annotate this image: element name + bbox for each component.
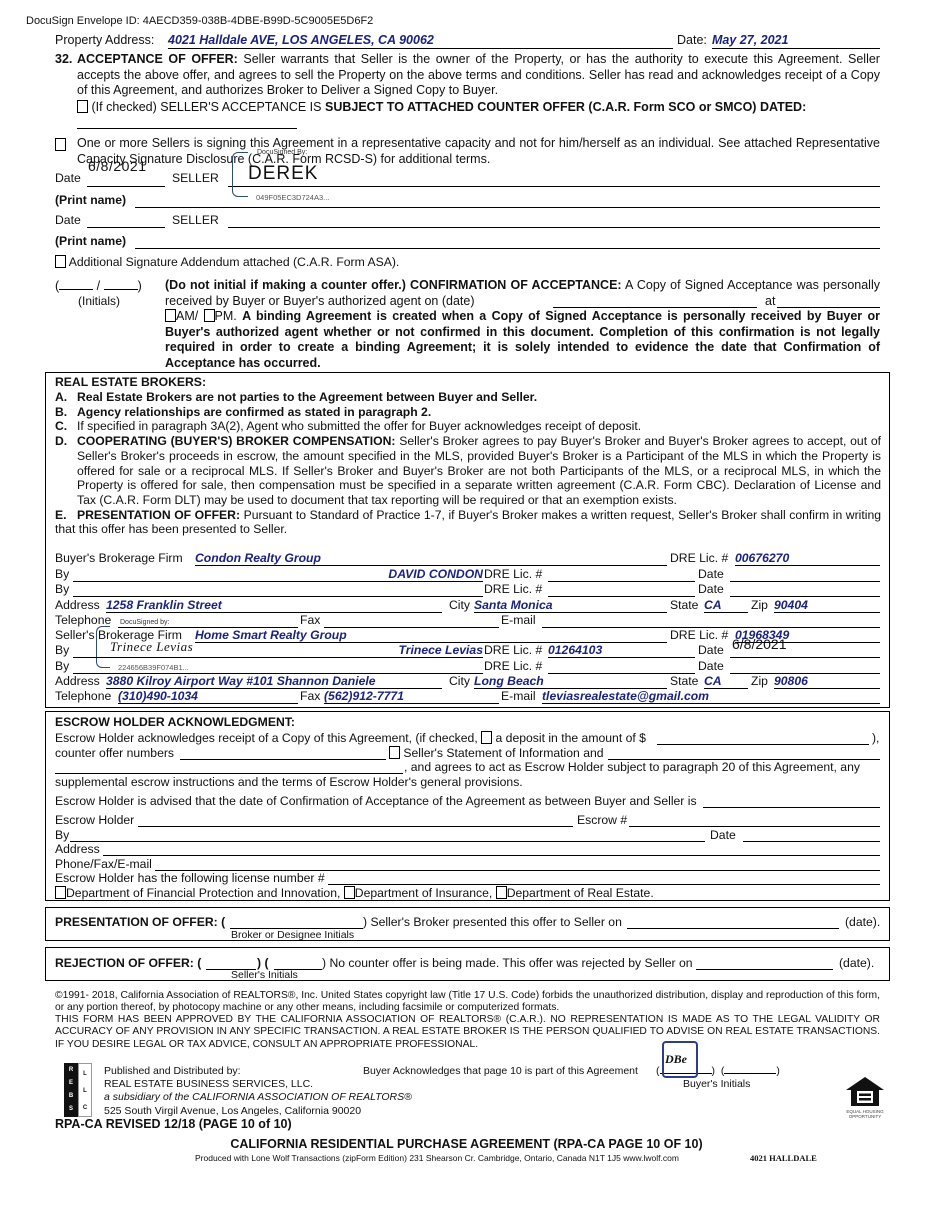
property-address-field[interactable]: 4021 Halldale AVE, LOS ANGELES, CA 90062 [168,33,673,49]
seller-firm-dre-label: DRE Lic. # [670,628,728,642]
acceptance-title: ACCEPTANCE OF OFFER: [77,52,238,66]
brokers-item-d: D.COOPERATING (BUYER'S) BROKER COMPENSAT… [55,434,881,508]
brokers-list: A.Real Estate Brokers are not parties to… [55,390,881,537]
buyer-email-label: E-mail [501,613,536,627]
buyer-by1-label: By [55,567,69,581]
seller-agent1-field[interactable]: Trinece Levias [73,643,483,658]
rejection-sublabel: Seller's Initials [231,969,298,981]
escrow-title: ESCROW HOLDER ACKNOWLEDGMENT: [55,715,295,729]
rebs-logo-letters: REBS [64,1064,78,1116]
buyer-by2-label: By [55,582,69,596]
seller2-date-line[interactable] [87,227,165,228]
statement-info-checkbox[interactable] [389,746,400,759]
seller-zip-field[interactable]: 90806 [774,674,880,689]
file-name: 4021 HALLDALE [750,1153,817,1163]
presentation-title: PRESENTATION OF OFFER: ( [55,915,225,929]
print-name-line-2[interactable] [135,248,880,249]
buyer-city-label: City [449,598,470,612]
buyer-zip-field[interactable]: 90404 [774,598,880,613]
confirmation-at-label: at [763,294,777,308]
confirmation-time-line[interactable] [777,307,880,308]
seller-email-field[interactable]: tleviasrealestate@gmail.com [542,689,880,704]
am-label: AM/ [176,309,198,323]
escrow-by-label: By [55,828,69,842]
seller1-date-value[interactable]: 6/8/2021 [88,158,147,174]
counter-offer-numbers-line[interactable] [180,759,386,760]
seller1-date-label: Date [55,171,81,185]
produced-by: Produced with Lone Wolf Transactions (zi… [195,1153,679,1163]
llc-logo-letters: LLC [78,1066,92,1117]
buyer-agent2-date-label: Date [698,582,724,596]
seller2-label: SELLER [172,213,219,227]
rejection-date-line[interactable] [696,969,833,970]
seller-firm-field[interactable]: Home Smart Realty Group [195,628,667,643]
seller-agent2-dre-label: DRE Lic. # [484,659,542,673]
seller-agent1-date-field[interactable]: 6/8/2021 [730,636,880,658]
counter-offer-prefix: (If checked) SELLER'S ACCEPTANCE IS [91,100,321,114]
pm-label: PM. [215,309,237,323]
rejection-date-suffix: (date). [839,956,874,970]
seller-by2-label: By [55,659,69,673]
equal-housing-label: EQUAL HOUSING OPPORTUNITY [843,1109,887,1119]
asa-text: Additional Signature Addendum attached (… [69,255,400,269]
deposit-checkbox[interactable] [481,731,492,744]
buyer-agent2-dre-label: DRE Lic. # [484,582,542,596]
header-date-field[interactable]: May 27, 2021 [712,33,880,49]
buyer-initials-label: Buyer's Initials [683,1078,750,1090]
seller2-signature-line[interactable] [228,227,880,228]
escrow-by-line[interactable] [70,841,705,842]
seller-address-label: Address [55,674,100,688]
escrow-address-line[interactable] [103,855,880,856]
form-title: CALIFORNIA RESIDENTIAL PURCHASE AGREEMEN… [0,1137,933,1151]
docusign-bracket [232,152,248,197]
seller1-label: SELLER [172,171,219,185]
initials-label: (Initials) [78,294,120,308]
print-name-line-1[interactable] [135,207,880,208]
confirmation-date-line[interactable] [553,307,757,308]
escrow-number-line[interactable] [629,826,880,827]
escrow-line1: Escrow Holder acknowledges receipt of a … [55,731,646,745]
rejection-text: ) No counter offer is being made. This o… [322,956,693,970]
seller-telephone-field[interactable]: (310)490-1034 [118,689,298,704]
buyer-firm-label: Buyer's Brokerage Firm [55,551,183,565]
buyer-agent1-dre-line[interactable] [548,581,695,582]
presentation-date-suffix: (date). [845,915,880,929]
buyer-address-field[interactable]: 1258 Franklin Street [106,598,442,613]
seller-agent1-dre-label: DRE Lic. # [484,643,542,657]
deposit-amount-line[interactable] [657,744,869,745]
buyer-zip-label: Zip [751,598,768,612]
buyer-state-label: State [670,598,698,612]
seller-fax-label: Fax [300,689,320,703]
escrow-address-label: Address [55,842,100,856]
escrow-advised-date-line[interactable] [703,807,880,808]
seller-agent1-date-label: Date [698,643,724,657]
counter-offer-date-line[interactable] [77,128,297,129]
binding-agreement-text: A binding Agreement is created when a Co… [165,309,880,370]
print-name-label-2: (Print name) [55,234,126,248]
counter-offer-checkbox[interactable] [77,100,88,113]
property-address-label: Property Address: [55,33,154,47]
buyer-ack-text: Buyer Acknowledges that page 10 is part … [363,1065,638,1077]
buyer-address-label: Address [55,598,100,612]
seller1-signature-line [228,186,880,187]
presentation-date-line[interactable] [627,928,839,929]
approval-text: THIS FORM HAS BEEN APPROVED BY THE CALIF… [55,1014,880,1051]
seller1-signature-id: 049F05EC3D724A3... [256,193,329,202]
seller1-date-line [87,186,165,187]
seller-agent2-date-label: Date [698,659,724,673]
seller1-signature[interactable]: DEREK [248,163,318,185]
escrow-advised-text: Escrow Holder is advised that the date o… [55,794,697,808]
buyer-firm-dre-field[interactable]: 00676270 [735,551,880,566]
form-revision: RPA-CA REVISED 12/18 (PAGE 10 of 10) [55,1117,292,1131]
seller-state-label: State [670,674,698,688]
equal-housing-icon [844,1076,886,1108]
seller-by1-label: By [55,643,69,657]
doi-checkbox[interactable] [344,886,355,899]
confirmation-title: CONFIRMATION OF ACCEPTANCE: [410,278,622,292]
print-name-label-1: (Print name) [55,193,126,207]
asa-checkbox[interactable] [55,255,66,268]
buyer-telephone-label: Telephone [55,613,111,627]
rep-capacity-checkbox-wrap [55,138,66,152]
buyer-agent2-date-line[interactable] [730,596,880,597]
counter-offer-numbers-label: counter offer numbers [55,746,174,760]
dre-checkbox[interactable] [496,886,507,899]
rep-capacity-text: One or more Sellers is signing this Agre… [77,136,880,167]
buyer-city-field[interactable]: Santa Monica [474,598,667,613]
confirmation-lead: (Do not initial if making a counter offe… [165,278,406,292]
presentation-sublabel: Broker or Designee Initials [231,929,354,941]
seller-address-field[interactable]: 3880 Kilroy Airport Way #101 Shannon Dan… [106,674,442,689]
escrow-number-label: Escrow # [577,813,627,827]
envelope-id: DocuSign Envelope ID: 4AECD359-038B-4DBE… [26,15,373,27]
am-checkbox[interactable] [165,309,176,322]
buyer-agent1-field[interactable]: DAVID CONDON [73,567,483,582]
buyer-initials-value: DBe [665,1052,687,1067]
date-label: Date: [677,33,707,47]
buyer-agent2-line[interactable] [73,596,483,597]
statement-info-row: Seller's Statement of Information and [389,746,604,760]
escrow-holder-line[interactable] [138,826,573,827]
escrow-line1-close: ), [872,731,879,745]
brokers-item-e: E.PRESENTATION OF OFFER: Pursuant to Sta… [55,508,881,537]
buyer-agent1-date-label: Date [698,567,724,581]
brokers-item-b: B.Agency relationships are confirmed as … [55,405,881,420]
escrow-phone-label: Phone/Fax/E-mail [55,857,152,871]
acceptance-paragraph: ACCEPTANCE OF OFFER: Seller warrants tha… [77,52,880,99]
seller-city-field[interactable]: Long Beach [474,674,667,689]
seller-docusign-label: DocuSigned by: [120,619,169,626]
counter-offer-bold: SUBJECT TO ATTACHED COUNTER OFFER (C.A.R… [325,100,806,114]
rejection-title: REJECTION OF OFFER: ( [55,956,201,970]
copyright-text: ©1991- 2018, California Association of R… [55,990,880,1015]
dfpi-checkbox[interactable] [55,886,66,899]
escrow-license-label: Escrow Holder has the following license … [55,871,325,885]
escrow-date-label: Date [710,828,736,842]
buyer-agent1-date-line[interactable] [730,581,880,582]
section-number: 32. [55,52,72,66]
buyer-fax-label: Fax [300,613,320,627]
buyer-agent2-dre-line[interactable] [548,596,695,597]
escrow-line3: , and agrees to act as Escrow Holder sub… [404,760,880,774]
escrow-departments: Department of Financial Protection and I… [55,886,654,900]
seller-city-label: City [449,674,470,688]
seller-fax-field[interactable]: (562)912-7771 [324,689,499,704]
counter-offer-row: (If checked) SELLER'S ACCEPTANCE IS SUBJ… [77,100,806,114]
escrow-license-line[interactable] [328,884,880,885]
brokers-title: REAL ESTATE BROKERS: [55,375,206,389]
docusign-label: DocuSigned By: [257,149,307,156]
asa-row: Additional Signature Addendum attached (… [55,255,399,269]
seller-signature-id: 224656B39F074B1... [118,663,189,672]
seller-agent1-dre-field[interactable]: 01264103 [548,643,695,658]
seller2-date-label: Date [55,213,81,227]
escrow-other-line-2[interactable] [55,773,403,774]
confirmation-para-2: AM/ PM. A binding Agreement is created w… [165,309,880,371]
escrow-line4: supplemental escrow instructions and the… [55,775,523,789]
escrow-holder-label: Escrow Holder [55,813,134,827]
rejection-mid: ) ( [257,956,269,970]
buyer-agent1-dre-label: DRE Lic. # [484,567,542,581]
rep-capacity-checkbox[interactable] [55,138,66,151]
presentation-text: ) Seller's Broker presented this offer t… [363,915,622,929]
seller-email-label: E-mail [501,689,536,703]
brokers-item-a: A.Real Estate Brokers are not parties to… [55,390,881,405]
seller-telephone-label: Telephone [55,689,111,703]
escrow-date-line[interactable] [743,841,880,842]
seller-state-field[interactable]: CA [704,674,748,689]
initials-blanks[interactable]: ( / ) [55,279,142,293]
brokers-item-c: C.If specified in paragraph 3A(2), Agent… [55,419,881,434]
buyer-firm-dre-label: DRE Lic. # [670,551,728,565]
buyer-firm-field[interactable]: Condon Realty Group [195,551,667,566]
pm-checkbox[interactable] [204,309,215,322]
seller-zip-label: Zip [751,674,768,688]
buyer-state-field[interactable]: CA [704,598,748,613]
